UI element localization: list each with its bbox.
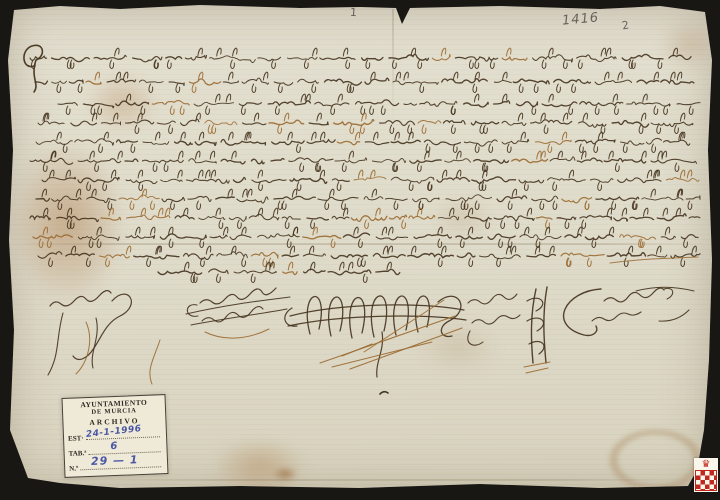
signature-rubric-2: illegible two-line signature with strike… [150, 288, 290, 384]
manuscript-line [58, 94, 700, 114]
manuscript-line [42, 170, 699, 190]
manuscript-line [36, 132, 690, 152]
stamp-field-label-no: N.º [69, 464, 78, 472]
manuscript-line [38, 246, 700, 266]
manuscript-line [158, 262, 400, 282]
crown-icon: ♛ [694, 458, 718, 471]
archive-crest-icon: ♛ [694, 458, 718, 492]
signature-rubric-4: illegible signature with vertical monogr… [468, 287, 550, 373]
pencil-mark-page: 1 [350, 6, 358, 19]
stamp-field-label-est: EST· [68, 434, 84, 443]
manuscript-line [38, 113, 693, 133]
stamp-field-label-tab: TAB.ª [68, 449, 86, 458]
scanned-document: illegible rubric signature with looping … [0, 0, 720, 500]
parchment-sheet: illegible rubric signature with looping … [0, 0, 720, 500]
stamp-pen-value-tab: 6 [110, 441, 117, 452]
manuscript-line [36, 189, 700, 209]
stamp-pen-value-no: 29 — 1 [91, 453, 139, 468]
signature-rubric-1: illegible rubric signature with looping … [48, 291, 131, 375]
signature-rubric-5: signature reading roughly Calderon de ca… [564, 287, 694, 335]
checkered-shield-icon [696, 471, 716, 490]
signature-rubric-3: large knotted rubric flourish [285, 296, 466, 377]
manuscript-line [35, 72, 694, 92]
manuscript-line [30, 151, 696, 171]
manuscript-line [30, 208, 700, 228]
archive-stamp: AYUNTAMIENTO DE MURCIA ARCHIVO EST· TAB.… [62, 394, 169, 478]
manuscript-line [33, 227, 698, 247]
